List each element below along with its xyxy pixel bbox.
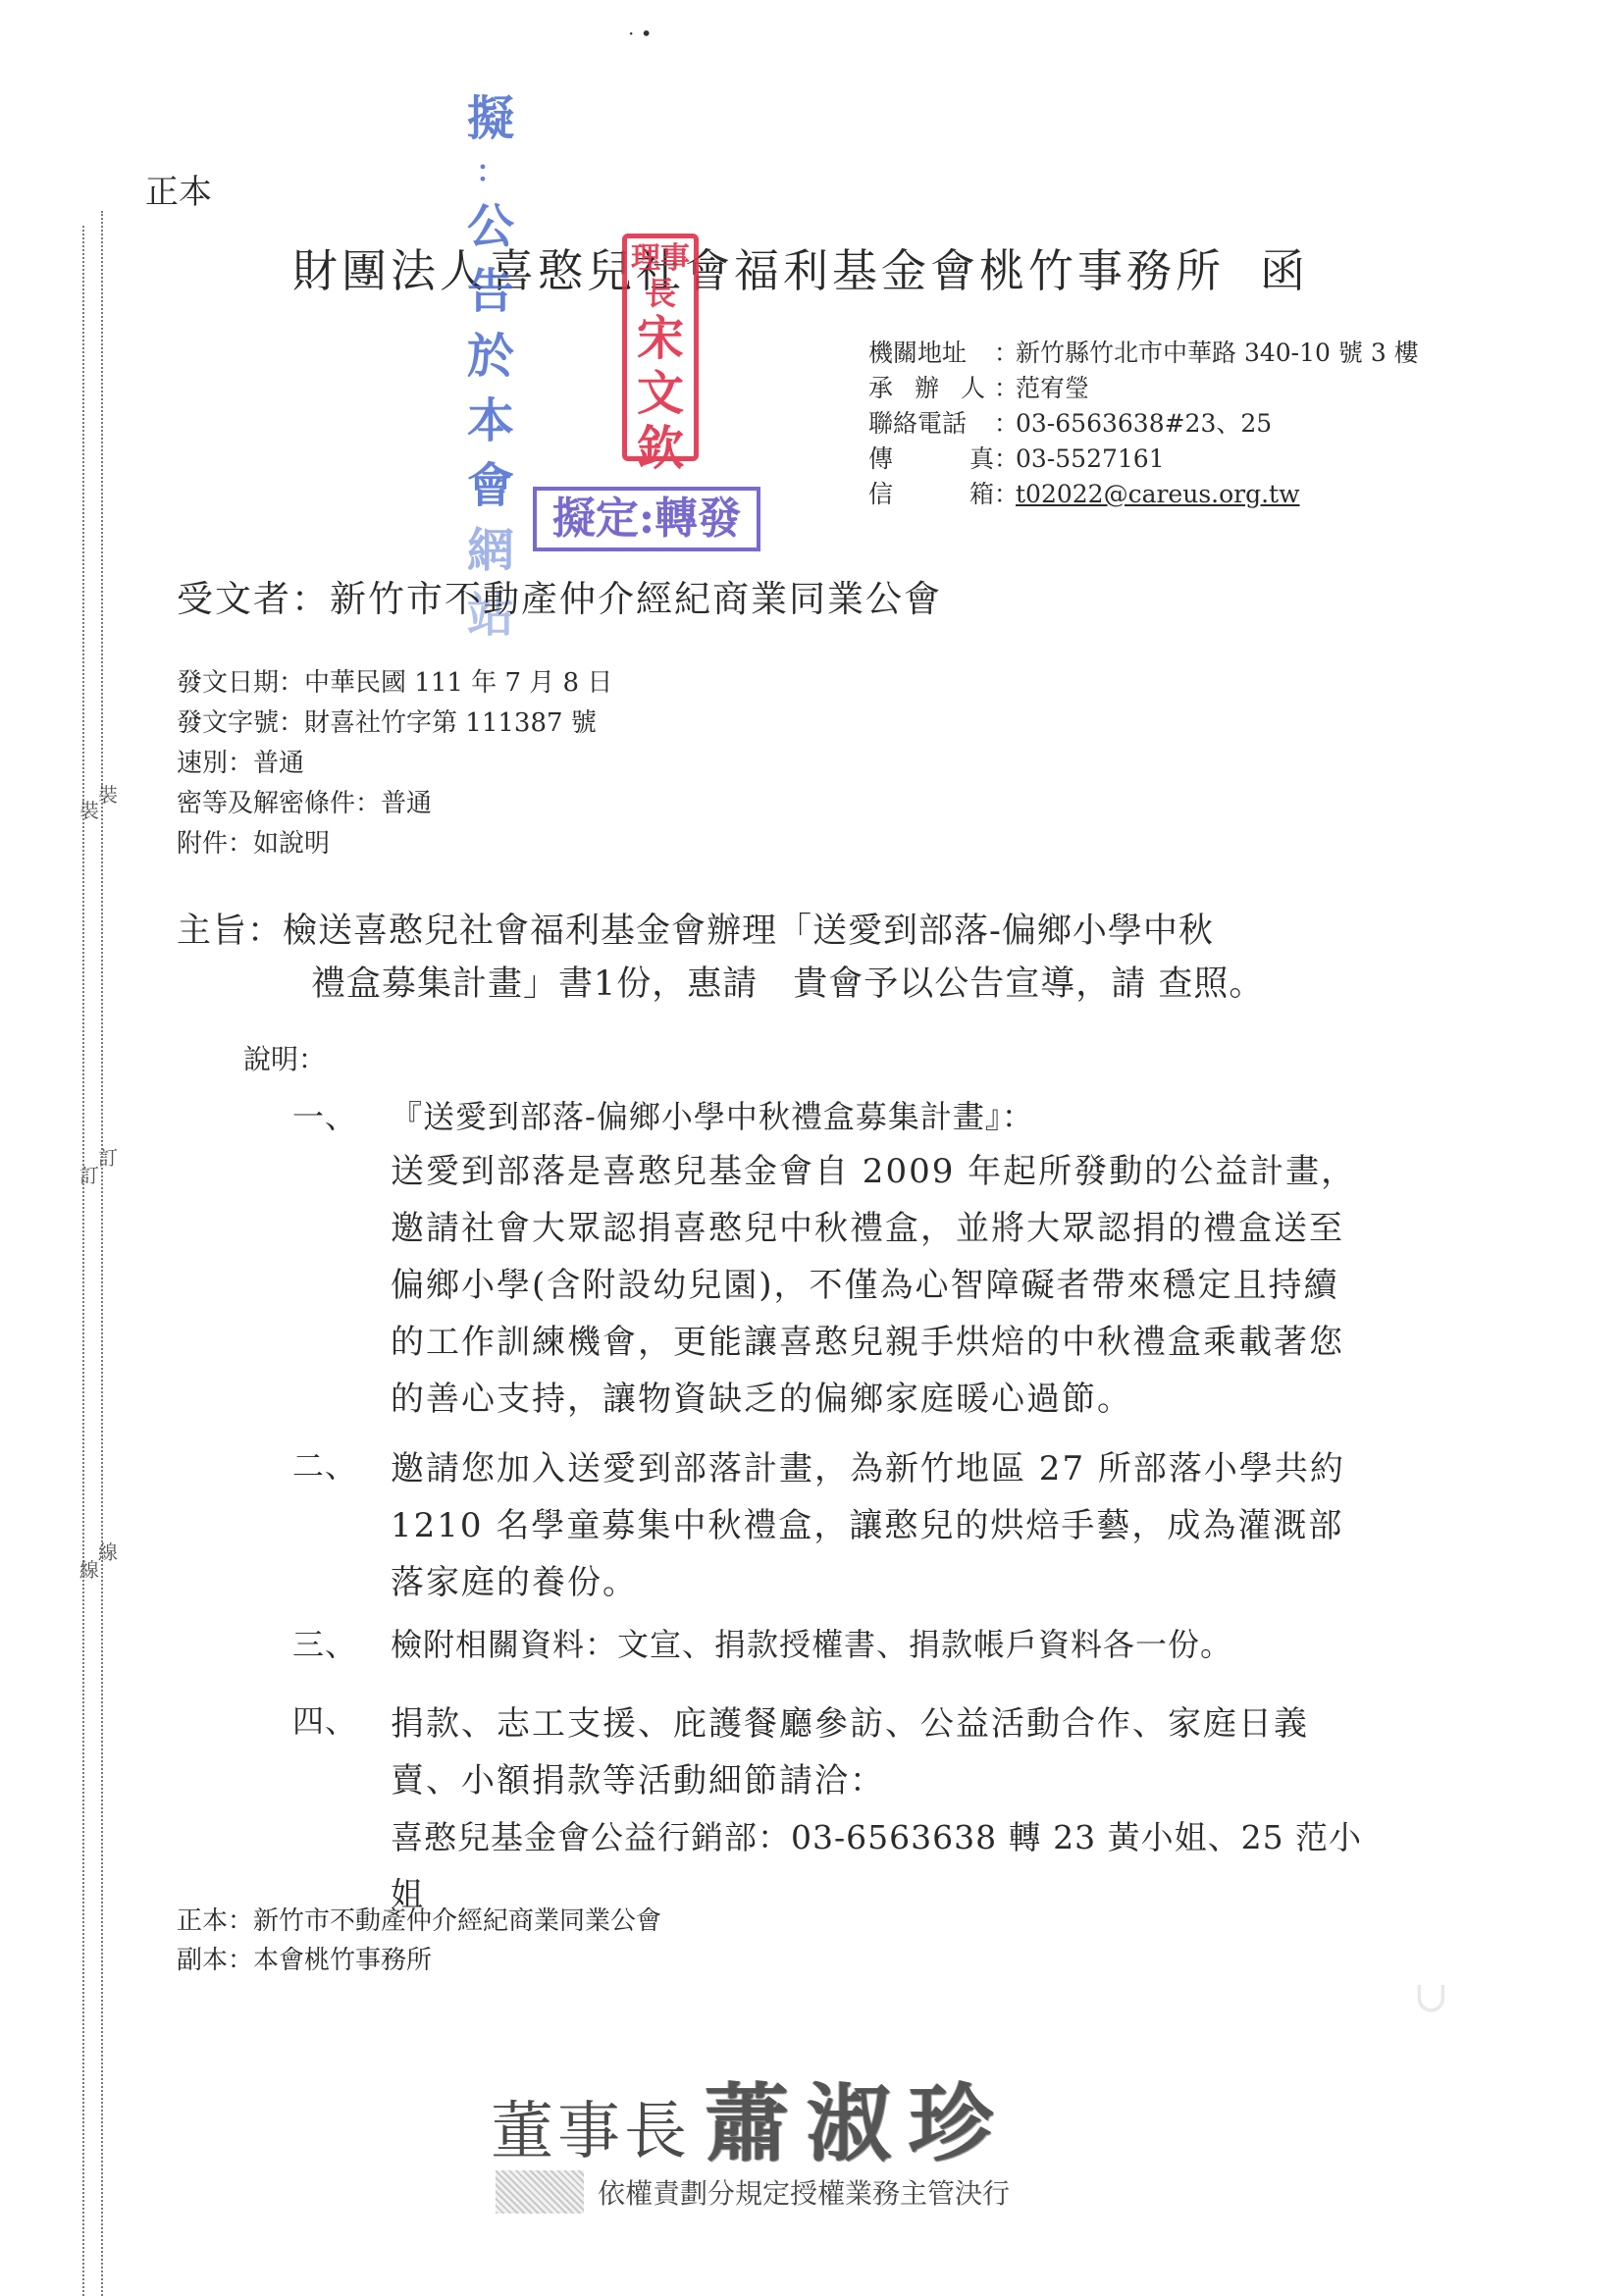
copies-label: 正本 [177,1906,228,1936]
item-number: 三、 [292,1619,381,1671]
delegation-text: 依權責劃分規定授權業務主管決行 [598,2172,1010,2212]
contact-phone: 聯絡電話：03-6563638#23、25 [868,406,1419,442]
stamp-char: 擬 [461,86,520,151]
stamp-char: 於 [461,324,520,389]
contact-value: 03-6563638#23、25 [1016,406,1272,442]
meta-label: 密等及解密條件 [177,789,355,818]
subject-label: 主旨 [177,912,247,951]
meta-label: 附件 [177,829,228,859]
item-body: 捐款、志工支援、庇護餐廳參訪、公益活動合作、家庭日義賣、小額捐款等活動細節請洽：… [391,1696,1372,1923]
chairman-seal: 理事 長 宋 文 欽 [622,234,699,461]
explanation-item-1: 一、 『送愛到部落-偏鄉小學中秋禮盒募集計畫』： 送愛到部落是喜憨兒基金會自 2… [292,1091,1372,1428]
stamp-char: ： [461,151,520,194]
email-link[interactable]: t02022@careus.org.tw [1016,477,1300,512]
item-heading: 『送愛到部落-偏鄉小學中秋禮盒募集計畫』： [391,1091,1372,1143]
item-number: 二、 [292,1440,381,1492]
meta-value: 如說明 [253,829,330,859]
recipient-label: 受文者 [177,578,291,620]
meta-value: 財喜社竹字第 111387 號 [304,708,597,738]
scan-marks: · • [628,22,653,45]
copies-value: 本會桃竹事務所 [253,1946,432,1975]
meta-priority: 速別：普通 [177,744,612,784]
binding-label-zhuang: 裝 [98,785,118,805]
signer-name-stamp: 蕭淑珍 [705,2074,1011,2173]
contact-label: 機關地址 [868,336,994,371]
item-body: 檢附相關資料：文宣、捐款授權書、捐款帳戶資料各一份。 [391,1619,1372,1671]
contact-label: 聯絡電話 [868,406,994,442]
binding-line-inner [101,211,103,2296]
seal-char: 文 [627,366,694,421]
seal-char: 長 [627,276,694,311]
faint-scan-mark: ∪ [1413,1972,1449,2022]
meta-label: 發文日期 [177,668,279,698]
contact-address: 機關地址：新竹縣竹北市中華路 340-10 號 3 樓 [868,336,1419,371]
item-body: 『送愛到部落-偏鄉小學中秋禮盒募集計畫』： 送愛到部落是喜憨兒基金會自 2009… [391,1091,1372,1428]
copies-value: 新竹市不動產仲介經紀商業同業公會 [253,1906,661,1936]
item-paragraph: 邀請您加入送愛到部落計畫，為新竹地區 27 所部落小學共約 1210 名學童募集… [391,1440,1372,1611]
explanation-item-3: 三、 檢附相關資料：文宣、捐款授權書、捐款帳戶資料各一份。 [292,1619,1372,1671]
contact-value: 03-5527161 [1016,442,1165,477]
meta-value: 中華民國 111 年 7 月 8 日 [304,668,612,698]
subject-line-2: 禮盒募集計畫」書1份，惠請 貴會予以公告宣導，請 查照。 [177,958,1264,1011]
binding-label-zhuang-2: 裝 [79,801,99,820]
seal-char: 欽 [627,421,694,476]
distribution-list: 正本：新竹市不動產仲介經紀商業同業公會 副本：本會桃竹事務所 [177,1902,661,1980]
letter-title: 財團法人喜憨兒社會福利基金會桃竹事務所函 [292,235,1309,300]
recipient-line: 受文者：新竹市不動產仲介經紀商業同業公會 [177,569,942,622]
meta-classification: 密等及解密條件：普通 [177,784,612,824]
contact-info-block: 機關地址：新竹縣竹北市中華路 340-10 號 3 樓 承辦人：范宥瑩 聯絡電話… [868,336,1419,512]
forward-decision-stamp: 擬定:轉發 [533,487,760,551]
meta-doc-number: 發文字號：財喜社竹字第 111387 號 [177,704,612,744]
stamp-char: 公 [461,194,520,259]
meta-label: 發文字號 [177,708,279,738]
seal-char: 宋 [627,311,694,366]
recipient-value: 新竹市不動產仲介經紀商業同業公會 [330,578,942,620]
binding-label-ding-2: 訂 [79,1166,99,1185]
binding-label-ding: 訂 [98,1148,118,1168]
stamp-smudge [496,2170,584,2214]
item-paragraph: 送愛到部落是喜憨兒基金會自 2009 年起所發動的公益計畫，邀請社會大眾認捐喜憨… [391,1143,1372,1428]
meta-value: 普通 [381,789,432,818]
document-type: 函 [1260,244,1309,297]
stamp-char: 會 [461,453,520,518]
item-body: 邀請您加入送愛到部落計畫，為新竹地區 27 所部落小學共約 1210 名學童募集… [391,1440,1372,1611]
binding-label-xian-2: 線 [79,1560,99,1580]
subject-line-1: 檢送喜憨兒社會福利基金會辦理「送愛到部落-偏鄉小學中秋 [283,912,1214,951]
binding-label-xian: 線 [98,1542,118,1562]
meta-date: 發文日期：中華民國 111 年 7 月 8 日 [177,663,612,704]
item-number: 一、 [292,1091,381,1143]
contact-email: 信箱：t02022@careus.org.tw [868,477,1419,512]
binding-line-outer [82,226,84,2296]
stamp-char: 告 [461,259,520,324]
signature-block: 董事長蕭淑珍 [491,2056,1011,2177]
meta-value: 普通 [253,749,304,778]
organization-name: 財團法人喜憨兒社會福利基金會桃竹事務所 [292,244,1225,297]
contact-value: 范宥瑩 [1016,371,1089,406]
item-paragraph: 捐款、志工支援、庇護餐廳參訪、公益活動合作、家庭日義賣、小額捐款等活動細節請洽： [391,1696,1372,1809]
document-meta: 發文日期：中華民國 111 年 7 月 8 日 發文字號：財喜社竹字第 1113… [177,663,612,864]
contact-label: 承辦人 [868,371,994,406]
item-number: 四、 [292,1696,381,1748]
copy-recipient: 副本：本會桃竹事務所 [177,1941,661,1980]
explanation-item-4: 四、 捐款、志工支援、庇護餐廳參訪、公益活動合作、家庭日義賣、小額捐款等活動細節… [292,1696,1372,1923]
contact-label: 信箱 [868,477,994,512]
subject-block: 主旨：檢送喜憨兒社會福利基金會辦理「送愛到部落-偏鄉小學中秋 禮盒募集計畫」書1… [177,905,1264,1011]
meta-attachment: 附件：如說明 [177,824,612,864]
explanation-item-2: 二、 邀請您加入送愛到部落計畫，為新竹地區 27 所部落小學共約 1210 名學… [292,1440,1372,1611]
copies-label: 副本 [177,1946,228,1975]
item-paragraph: 檢附相關資料：文宣、捐款授權書、捐款帳戶資料各一份。 [391,1619,1372,1671]
signer-title: 董事長 [491,2096,691,2168]
copy-type-label: 正本 [145,165,212,213]
delegation-note: 依權責劃分規定授權業務主管決行 [496,2170,1010,2214]
seal-title: 理事 [627,242,694,276]
approval-stamp-vertical: 擬 ： 公 告 於 本 會 網 站 [461,86,520,648]
meta-label: 速別 [177,749,228,778]
contact-value: 新竹縣竹北市中華路 340-10 號 3 樓 [1016,336,1419,371]
stamp-char: 本 [461,389,520,453]
contact-handler: 承辦人：范宥瑩 [868,371,1419,406]
original-recipient: 正本：新竹市不動產仲介經紀商業同業公會 [177,1902,661,1941]
contact-label: 傳真 [868,442,994,477]
explanation-label: 說明： [243,1038,326,1077]
contact-fax: 傳真：03-5527161 [868,442,1419,477]
